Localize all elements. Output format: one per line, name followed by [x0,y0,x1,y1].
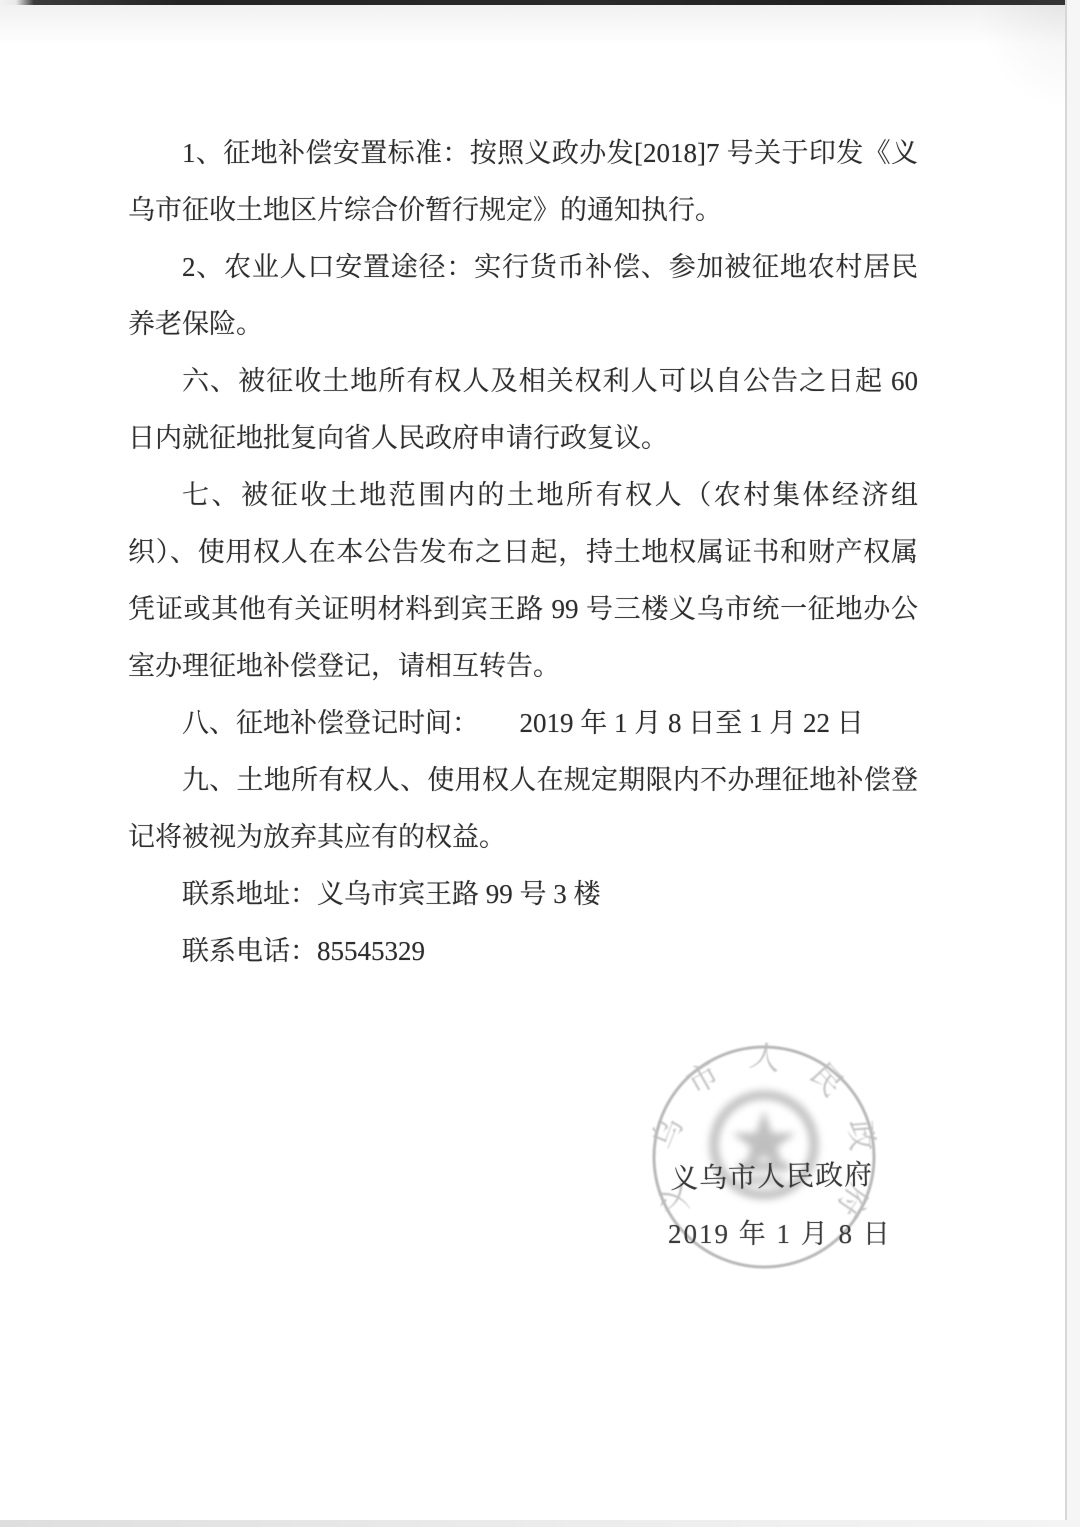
paragraph-item-nine-forfeit-rights: 九、土地所有权人、使用权人在规定期限内不办理征地补偿登记将被视为放弃其应有的权益… [128,752,918,866]
paragraph-item-six-administrative-review: 六、被征收土地所有权人及相关权利人可以自公告之日起 60 日内就征地批复向省人民… [128,353,918,467]
seal-issuer-name: 义乌市人民政府 [670,1153,874,1197]
scan-artifact-bottom-edge [0,1520,1080,1527]
notice-body: 1、征地补偿安置标准：按照义政办发[2018]7 号关于印发《义乌市征收土地区片… [128,125,918,980]
scan-artifact-right-margin [1067,0,1080,1527]
scan-artifact-top-band [0,5,1080,45]
contact-phone: 联系电话：85545329 [128,923,918,980]
seal-date: 2019 年 1 月 8 日 [668,1212,892,1251]
scan-artifact-corner-shadow [975,0,1065,110]
paragraph-item-seven-registration-procedure: 七、被征收土地范围内的土地所有权人（农村集体经济组织）、使用权人在本公告发布之日… [128,467,918,695]
paragraph-compensation-standard: 1、征地补偿安置标准：按照义政办发[2018]7 号关于印发《义乌市征收土地区片… [128,125,918,239]
paragraph-item-eight-registration-time: 八、征地补偿登记时间： 2019 年 1 月 8 日至 1 月 22 日 [128,695,918,752]
contact-address: 联系地址：义乌市宾王路 99 号 3 楼 [128,866,918,923]
paragraph-agricultural-resettlement: 2、农业人口安置途径：实行货币补偿、参加被征地农村居民养老保险。 [128,239,918,353]
scan-artifact-right-edge-line [1065,0,1067,1527]
